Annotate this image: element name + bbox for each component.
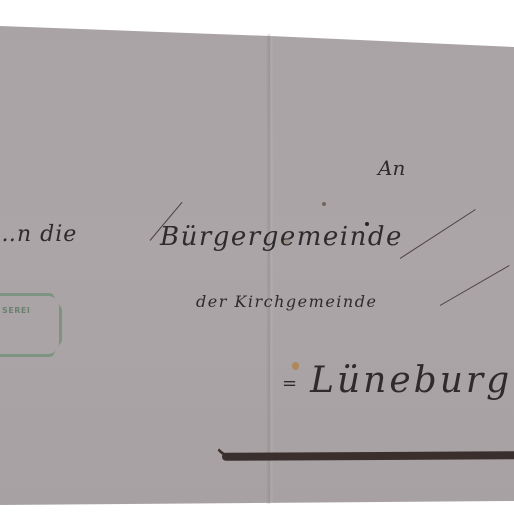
ink-dot xyxy=(322,202,326,206)
address-line-an: An xyxy=(378,156,405,180)
address-line-2: der Kirchgemeinde xyxy=(196,292,377,311)
postal-stamp-frame xyxy=(0,293,62,357)
address-line-1-prefix: …n die xyxy=(0,222,77,247)
address-line-3-place: =Lüneburg xyxy=(282,360,512,401)
ink-dot xyxy=(365,222,369,226)
stain-spot xyxy=(292,362,299,370)
address-line-3-prefix: = xyxy=(282,373,300,394)
postal-stamp-text: SEREI xyxy=(2,306,30,315)
address-line-1-recipient: Bürgergemeinde xyxy=(160,222,403,252)
stain-spot xyxy=(284,238,290,244)
address-line-3-text: Lüneburg xyxy=(310,360,512,401)
letter-paper xyxy=(0,0,514,514)
address-underline-stroke xyxy=(222,451,514,461)
paper-fold-crease xyxy=(266,34,274,504)
